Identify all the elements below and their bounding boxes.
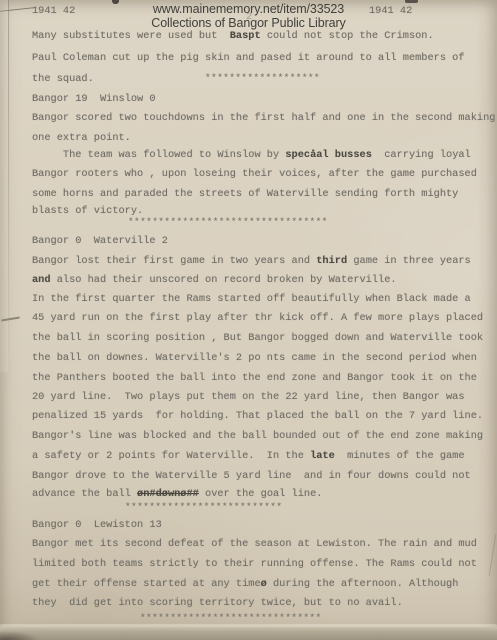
edge-scratch-mark — [488, 534, 496, 576]
document-line: Bangor's line was blocked and the ball b… — [32, 430, 483, 443]
document-line: ************************** — [125, 500, 282, 513]
document-line: one extra point. — [32, 132, 131, 145]
document-line: Many substitutes were used but Baspt cou… — [32, 30, 434, 43]
page-number: 2 — [246, 11, 252, 24]
document-line: a safety or 2 points for Waterville. In … — [32, 450, 465, 463]
scan-background-band — [0, 627, 497, 640]
document-line: Bangor 0 Waterville 2 — [32, 235, 168, 248]
scanned-document-page: www.mainememory.net/item/33523 Collectio… — [0, 0, 497, 640]
document-line: the squad. — [32, 73, 94, 86]
year-stamp-left: 1941 42 — [32, 5, 75, 17]
document-line: Bangor met its second defeat of the seas… — [32, 538, 477, 551]
document-line: Bangor 19 Winslow 0 — [32, 93, 156, 106]
document-line: the ball in scoring position , But Bango… — [32, 332, 483, 345]
document-line: the Panthers booted the ball into the en… — [32, 372, 477, 385]
top-edge-mark — [405, 0, 418, 3]
document-line: get their offense started at any timeø d… — [32, 578, 458, 591]
document-line: Paul Coleman cut up the pig skin and pas… — [32, 52, 465, 65]
document-line: they did get into scoring territory twic… — [32, 597, 403, 610]
year-stamp-right: 1941 42 — [369, 5, 412, 17]
document-line: some horns and paraded the streets of Wa… — [32, 188, 458, 201]
document-line: Bangor lost their first game in two year… — [32, 255, 471, 268]
document-line: ****************************** — [140, 611, 322, 624]
page-edge-line — [8, 0, 9, 372]
document-line: limited both teams strictly to their run… — [32, 558, 477, 571]
document-line: Bangor scored two touchdowns in the firs… — [32, 112, 495, 125]
document-line: The team was followed to Winslow by spec… — [32, 149, 471, 162]
document-line: ******************* — [205, 71, 320, 84]
page-edge-left — [0, 0, 8, 372]
document-line: and also had their unscored on record br… — [32, 274, 397, 287]
document-line: penalized 15 yards for holding. That pla… — [32, 410, 483, 423]
document-line: In the first quarter the Rams started of… — [32, 293, 471, 306]
document-line: Bangor drove to the Waterville 5 yard li… — [32, 470, 471, 483]
document-line: Bangor rooters who , upon loseing their … — [32, 168, 477, 181]
document-line: 45 yard run on the first play after thr … — [32, 312, 483, 325]
document-line: Bangor 0 Lewiston 13 — [32, 519, 162, 532]
document-line: blasts of victory. — [32, 205, 143, 218]
document-line: ********************************* — [128, 215, 328, 228]
document-line: the ball on downes. Waterville's 2 po nt… — [32, 352, 477, 365]
document-line: 20 yard line. Two plays put them on the … — [32, 391, 465, 404]
